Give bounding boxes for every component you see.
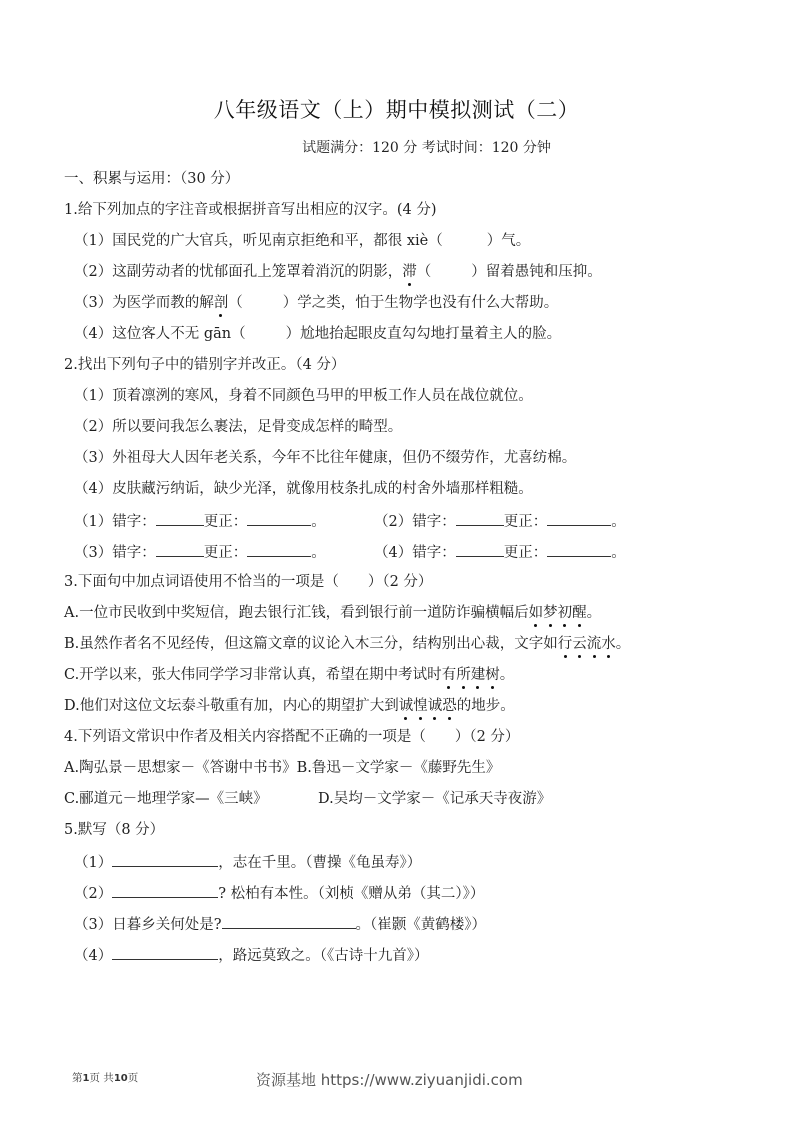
fix-label: 更正： [204, 545, 248, 561]
question-4-stem: 4.下列语文常识中作者及相关内容搭配不正确的一项是（ ）（2 分） [64, 728, 519, 746]
question-2-item-1: （1）顶着凛洌的寒风，身着不同颜色马甲的甲板工作人员在战位就位。 [74, 387, 533, 405]
item-text: ，路远莫致之。（《古诗十九首》） [218, 948, 428, 964]
recitation-blank[interactable] [112, 852, 218, 867]
dotted-char: 所 [456, 666, 471, 684]
question-2-item-4: （4）皮肤藏污纳诟，缺少光泽，就像用枝条扎成的村舍外墙那样粗糙。 [74, 480, 533, 498]
page-text: 页 共 [89, 1072, 113, 1084]
dotted-char: 诚 [428, 697, 443, 715]
wrong-char-blank[interactable] [156, 511, 204, 526]
wrong-char-blank[interactable] [456, 511, 504, 526]
option-text: A.一位市民收到中奖短信，跑去银行汇钱，看到银行前一道防诈骗横幅后 [64, 605, 529, 621]
question-5-item-3: （3）日暮乡关何处是?。（崔颢《黄鹤楼》） [74, 914, 486, 934]
question-5-item-1: （1），志在千里。（曹操《龟虽寿》） [74, 852, 421, 872]
answer-number: （3） [74, 545, 112, 561]
question-1-item-3: （3）为医学而教的解剖（）学之类，怕于生物学也没有什么大帮助。 [74, 294, 558, 312]
question-2-answer-3: （3）错字：更正：。 [74, 542, 326, 562]
question-3-option-a: A.一位市民收到中奖短信，跑去银行汇钱，看到银行前一道防诈骗横幅后如梦初醒。 [64, 604, 601, 622]
item-text: （4）这位客人不无 gān（ [74, 326, 246, 342]
question-2-answer-2: （2）错字：更正：。 [374, 511, 626, 531]
item-number: （4） [74, 948, 112, 964]
dotted-char: 流 [587, 635, 602, 653]
item-text: 日暮乡关何处是? [112, 917, 221, 933]
question-1-stem: 1.给下列加点的字注音或根据拼音写出相应的汉字。(4 分) [64, 201, 436, 219]
fix-char-blank[interactable] [547, 542, 611, 557]
item-number: （3） [74, 917, 112, 933]
question-4-option-c: C.郦道元－地理学家—《三峡》 [64, 790, 268, 808]
dotted-char: 行 [558, 635, 573, 653]
item-text: ）气。 [487, 233, 531, 249]
fix-char-blank[interactable] [247, 542, 311, 557]
recitation-blank[interactable] [222, 914, 356, 929]
wrong-char-blank[interactable] [456, 542, 504, 557]
answer-number: （2） [374, 514, 412, 530]
dotted-char: 水 [601, 635, 616, 653]
dotted-char: 云 [572, 635, 587, 653]
dotted-char: 惶 [413, 697, 428, 715]
item-text: （ [228, 295, 243, 311]
recitation-blank[interactable] [112, 883, 218, 898]
fix-label: 更正： [504, 545, 548, 561]
wrong-label: 错字： [112, 514, 156, 530]
option-text: D.他们对这位文坛泰斗敬重有加，内心的期望扩大到 [64, 698, 399, 714]
question-2-stem: 2.找出下列句子中的错别字并改正。（4 分） [64, 356, 345, 374]
dotted-char: 剖 [214, 294, 229, 312]
dotted-char: 梦 [543, 604, 558, 622]
item-text: ? 松柏有本性。（刘桢《赠从弟（其二）》） [218, 886, 484, 902]
dotted-char: 醒 [572, 604, 587, 622]
page-text: 第 [72, 1072, 83, 1084]
period: 。 [311, 514, 326, 530]
item-number: （2） [74, 886, 112, 902]
question-3-option-c: C.开学以来，张大伟同学学习非常认真，希望在期中考试时有所建树。 [64, 666, 514, 684]
wrong-char-blank[interactable] [156, 542, 204, 557]
fix-char-blank[interactable] [247, 511, 311, 526]
option-text: 的地步。 [457, 698, 515, 714]
dotted-char: 诚 [399, 697, 414, 715]
item-text: ）学之类，怕于生物学也没有什么大帮助。 [283, 295, 559, 311]
item-text: 。（崔颢《黄鹤楼》） [356, 917, 487, 933]
item-text: ，志在千里。（曹操《龟虽寿》） [218, 855, 421, 871]
option-text: B.虽然作者名不见经传，但这篇文章的议论入木三分，结构别出心裁，文字如 [64, 636, 558, 652]
fix-label: 更正： [504, 514, 548, 530]
dotted-char: 如 [529, 604, 544, 622]
question-3-option-d: D.他们对这位文坛泰斗敬重有加，内心的期望扩大到诚惶诚恐的地步。 [64, 697, 515, 715]
exam-subtitle: 试题满分：120 分 考试时间：120 分钟 [0, 137, 793, 157]
question-2-answer-4: （4）错字：更正：。 [374, 542, 626, 562]
item-number: （1） [74, 855, 112, 871]
option-text: 。 [616, 636, 631, 652]
question-1-item-2: （2）这副劳动者的忧郁面孔上笼罩着消沉的阴影，滞（）留着愚钝和压抑。 [74, 263, 602, 281]
period: 。 [311, 545, 326, 561]
dotted-char: 恐 [442, 697, 457, 715]
question-5-stem: 5.默写（8 分） [64, 821, 164, 839]
dotted-char: 建 [471, 666, 486, 684]
dotted-char: 有 [442, 666, 457, 684]
answer-number: （1） [74, 514, 112, 530]
option-text: 。 [587, 605, 602, 621]
question-1-item-1: （1）国民党的广大官兵，听见南京拒绝和平，都很 xiè（）气。 [74, 232, 530, 250]
page-text: 页 [128, 1072, 139, 1084]
page-indicator: 第1页 共10页 [72, 1070, 138, 1085]
item-text: （1）国民党的广大官兵，听见南京拒绝和平，都很 xiè（ [74, 233, 443, 249]
wrong-label: 错字： [112, 545, 156, 561]
question-3-option-b: B.虽然作者名不见经传，但这篇文章的议论入木三分，结构别出心裁，文字如行云流水。 [64, 635, 630, 653]
question-4-option-d: D.吴均－文学家－《记承天寺夜游》 [318, 790, 551, 808]
item-text: （2）这副劳动者的忧郁面孔上笼罩着消沉的阴影， [74, 264, 402, 280]
wrong-label: 错字： [412, 514, 456, 530]
period: 。 [611, 514, 626, 530]
period: 。 [611, 545, 626, 561]
question-5-item-2: （2）? 松柏有本性。（刘桢《赠从弟（其二）》） [74, 883, 484, 903]
fix-label: 更正： [204, 514, 248, 530]
dotted-char: 滞 [402, 263, 417, 281]
question-3-stem: 3.下面句中加点词语使用不恰当的一项是（ ）（2 分） [64, 573, 432, 591]
exam-title: 八年级语文（上）期中模拟测试（二） [0, 94, 793, 124]
fix-char-blank[interactable] [547, 511, 611, 526]
question-2-item-3: （3）外祖母大人因年老关系，今年不比往年健康，但仍不缀劳作，尤喜纺棉。 [74, 449, 576, 467]
option-text: 。 [500, 667, 515, 683]
item-text: ）留着愚钝和压抑。 [471, 264, 602, 280]
page-total: 10 [114, 1073, 128, 1084]
item-text: （3）为医学而教的解 [74, 295, 214, 311]
answer-number: （4） [374, 545, 412, 561]
question-5-item-4: （4），路远莫致之。（《古诗十九首》） [74, 945, 428, 965]
question-2-item-2: （2）所以要问我怎么裹法，足骨变成怎样的畸型。 [74, 418, 402, 436]
question-2-answer-1: （1）错字：更正：。 [74, 511, 326, 531]
option-text: C.开学以来，张大伟同学学习非常认真，希望在期中考试时 [64, 667, 442, 683]
section-heading: 一、积累与运用：（30 分） [64, 170, 239, 188]
question-1-item-4: （4）这位客人不无 gān（）尬地抬起眼皮直勾勾地打量着主人的脸。 [74, 325, 561, 343]
site-watermark: 资源基地 https://www.ziyuanjidi.com [256, 1069, 523, 1090]
recitation-blank[interactable] [112, 945, 218, 960]
item-text: （ [417, 264, 432, 280]
wrong-label: 错字： [412, 545, 456, 561]
item-text: ）尬地抬起眼皮直勾勾地打量着主人的脸。 [286, 326, 562, 342]
dotted-char: 树 [485, 666, 500, 684]
question-4-options-ab: A.陶弘景－思想家－《答谢中书书》B.鲁迅－文学家－《藤野先生》 [64, 759, 500, 777]
dotted-char: 初 [558, 604, 573, 622]
